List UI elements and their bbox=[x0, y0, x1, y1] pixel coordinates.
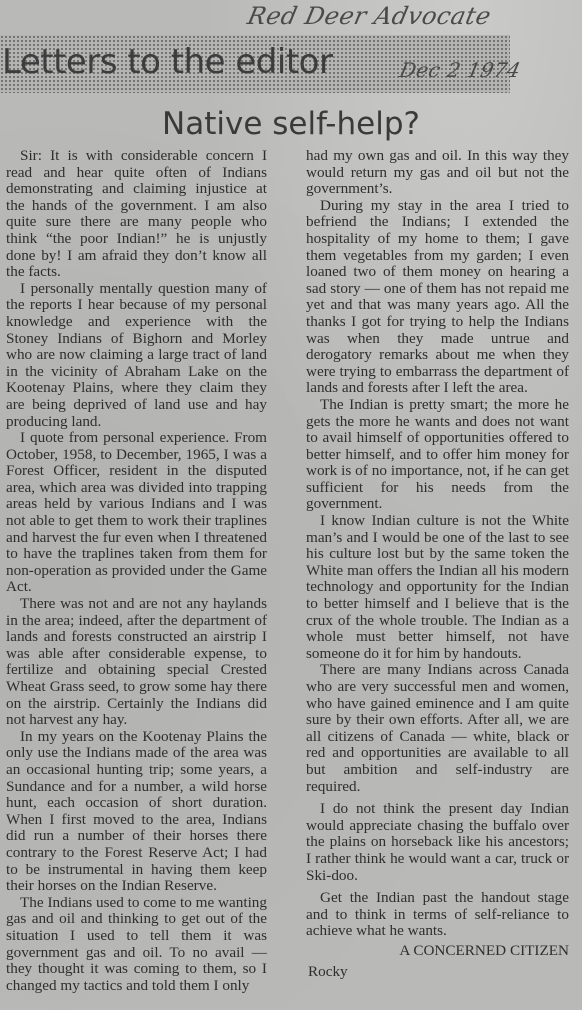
paragraph: Sir: It is with considerable concern I r… bbox=[6, 148, 267, 281]
paragraph: The Indians used to come to me wanting g… bbox=[6, 895, 267, 995]
handwritten-source-note: Red Deer Advocate bbox=[245, 2, 494, 30]
handwritten-date-note: Dec 2 1974 bbox=[397, 58, 523, 82]
paragraph: There are many Indians across Canada who… bbox=[306, 662, 569, 795]
paragraph: During my stay in the area I tried to be… bbox=[306, 198, 569, 397]
paragraph: There was not and are not any haylands i… bbox=[6, 596, 267, 729]
paragraph: I personally mentally question many of t… bbox=[6, 281, 267, 430]
paragraph: I know Indian culture is not the White m… bbox=[306, 513, 569, 662]
article-column-left: Sir: It is with considerable concern I r… bbox=[6, 148, 267, 994]
author-location: Rocky bbox=[306, 964, 569, 981]
paragraph: Get the Indian past the handout stage an… bbox=[306, 890, 569, 940]
paragraph: In my years on the Kootenay Plains the o… bbox=[6, 729, 267, 895]
paragraph: I quote from personal experience. From O… bbox=[6, 430, 267, 596]
article-headline: Native self-help? bbox=[0, 106, 582, 142]
signature: A CONCERNED CITIZEN bbox=[306, 943, 569, 960]
paragraph: I do not think the present day Indian wo… bbox=[306, 801, 569, 884]
article-column-right: had my own gas and oil. In this way they… bbox=[306, 148, 569, 980]
paragraph: had my own gas and oil. In this way they… bbox=[306, 148, 569, 198]
section-title: Letters to the editor bbox=[2, 42, 332, 82]
paragraph: The Indian is pretty smart; the more he … bbox=[306, 397, 569, 513]
